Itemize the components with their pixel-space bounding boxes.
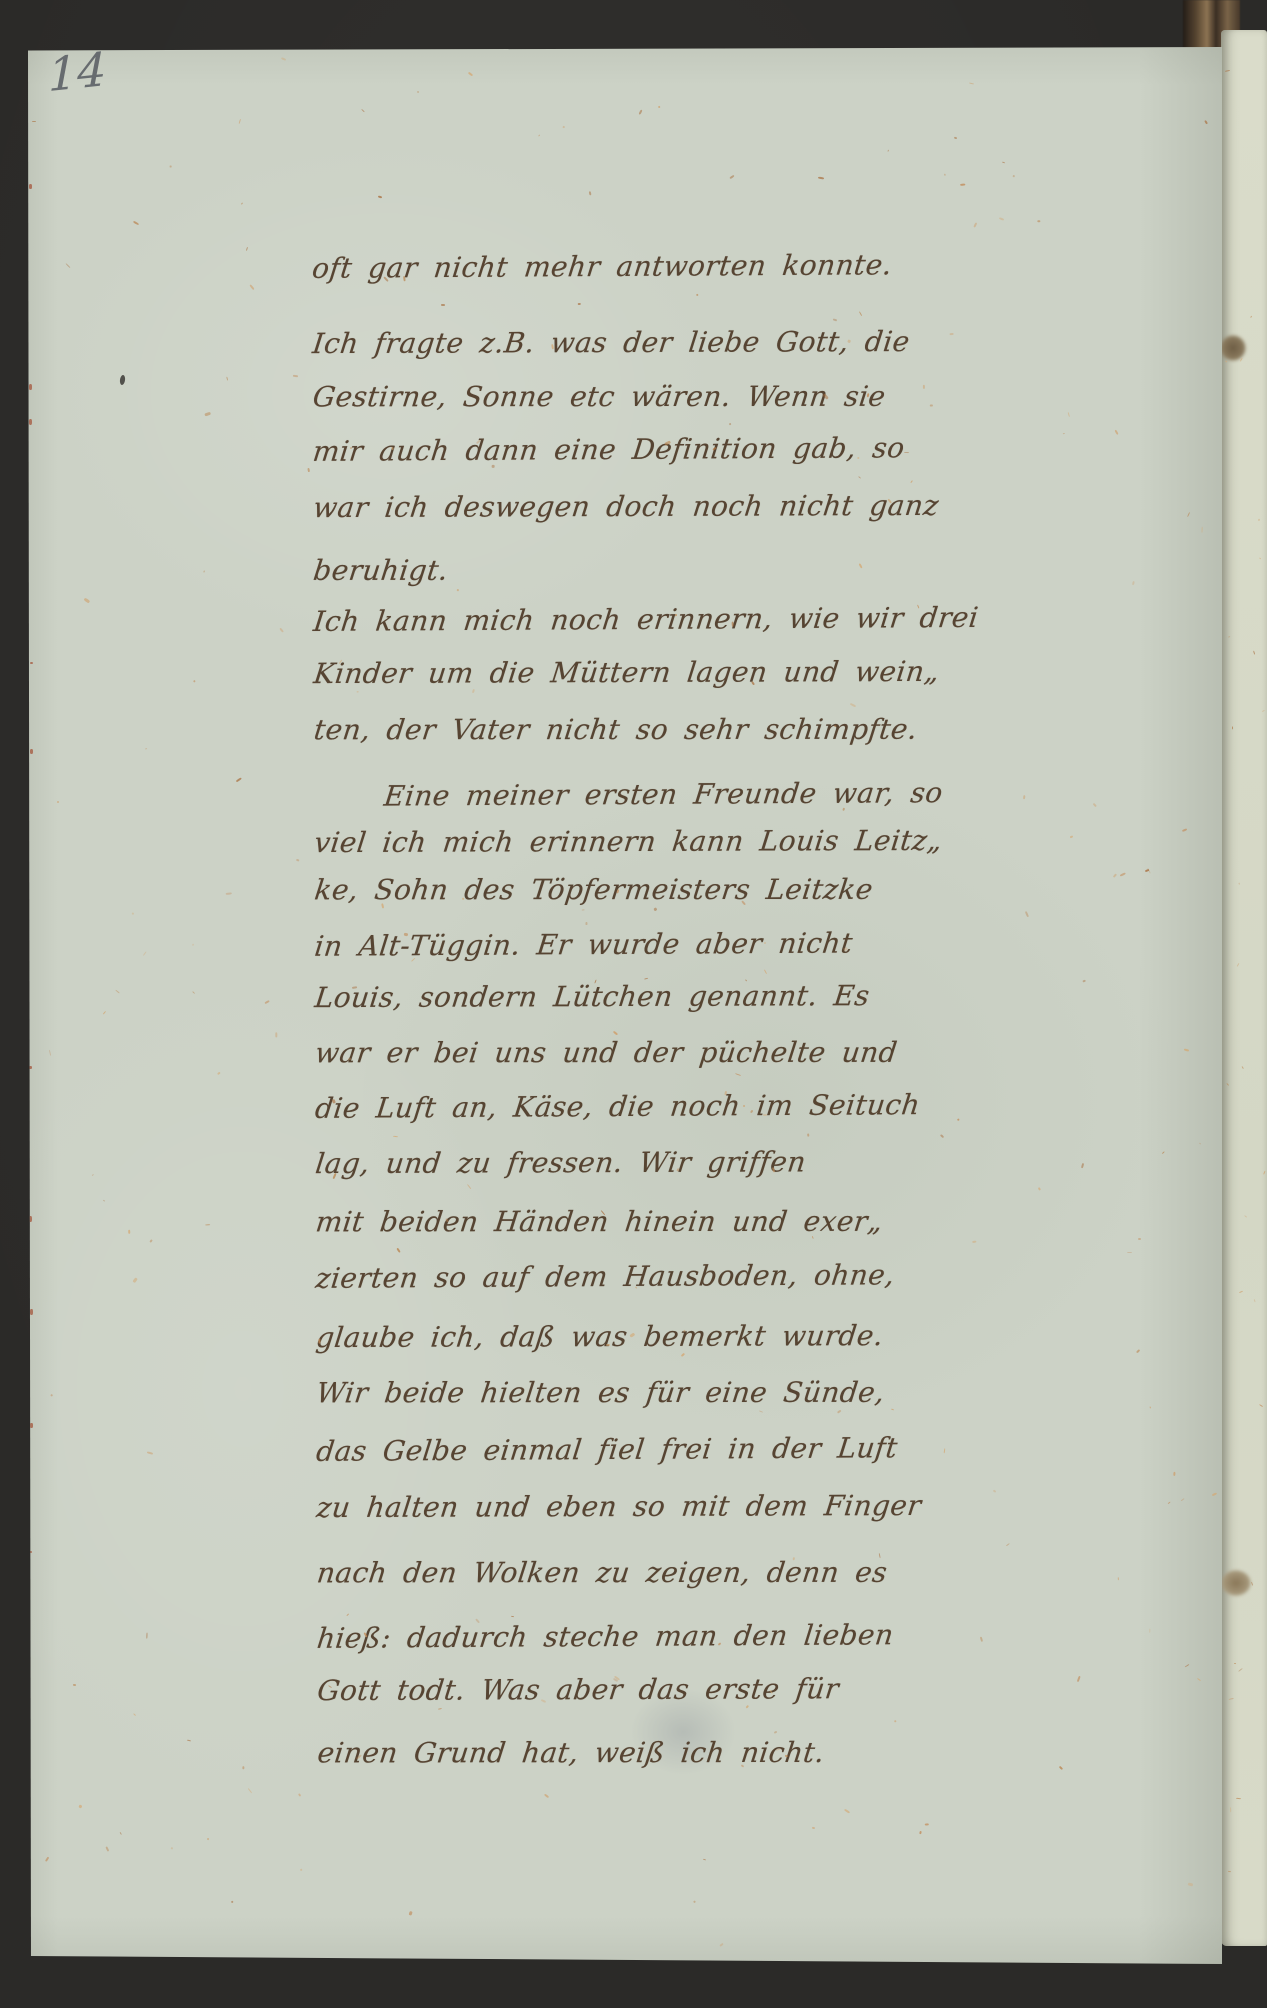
- paper-fiber-speck: [1236, 1798, 1241, 1800]
- paper-fiber-speck: [606, 1344, 610, 1346]
- paper-fiber-speck: [1225, 360, 1228, 363]
- paper-fiber-speck: [1199, 1142, 1201, 1144]
- paper-fiber-speck: [1228, 1871, 1231, 1873]
- manuscript-text: oft gar nicht mehr antworten konnte.Ich …: [25, 45, 1226, 1966]
- edge-rust-fleck: [30, 1423, 33, 1427]
- paper-fiber-speck: [1258, 519, 1260, 521]
- manuscript-line: Louis, sondern Lütchen genannt. Es: [313, 976, 872, 1018]
- paper-fiber-speck: [1263, 1170, 1266, 1174]
- paper-fiber-speck: [960, 184, 965, 186]
- paper-fiber-speck: [1237, 963, 1240, 967]
- paper-fiber-speck: [1239, 1291, 1243, 1294]
- manuscript-line: glaube ich, daß was bemerkt wurde.: [314, 1316, 886, 1358]
- manuscript-line: zierten so auf dem Hausboden, ohne,: [314, 1255, 897, 1299]
- paper-fiber-speck: [1225, 70, 1230, 72]
- paper-fiber-speck: [57, 801, 59, 803]
- paper-fiber-speck: [492, 465, 495, 468]
- manuscript-page: 14 oft gar nicht mehr antworten konnte.I…: [28, 47, 1222, 1964]
- paper-fiber-speck: [1229, 1807, 1231, 1812]
- manuscript-line: zu halten und eben so mit dem Finger: [314, 1486, 923, 1528]
- paper-fiber-speck: [1226, 1083, 1229, 1086]
- paper-fiber-speck: [1252, 650, 1254, 654]
- paper-fiber-speck: [1234, 1663, 1236, 1665]
- paper-fiber-speck: [1228, 635, 1230, 637]
- manuscript-line: mir auch dann eine Definition gab, so: [311, 428, 907, 472]
- manuscript-line: war er bei uns und der püchelte und: [313, 1033, 900, 1074]
- manuscript-line: das Gelbe einmal fiel frei in der Luft: [314, 1428, 900, 1472]
- scan-background: 14 oft gar nicht mehr antworten konnte.I…: [0, 0, 1267, 2008]
- manuscript-line: hieß: dadurch steche man den lieben: [315, 1615, 896, 1659]
- paper-fiber-speck: [1241, 1066, 1244, 1069]
- paper-fiber-speck: [923, 385, 925, 389]
- paper-fiber-speck: [1259, 1404, 1263, 1407]
- paper-fiber-speck: [207, 1838, 209, 1841]
- manuscript-line: Ich fragte z.B. was der liebe Gott, die: [310, 322, 912, 364]
- paper-fiber-speck: [332, 1099, 336, 1104]
- page-block-fore-edge: [1221, 30, 1267, 1946]
- paper-fiber-speck: [32, 121, 36, 122]
- manuscript-line: war ich deswegen doch noch nicht ganz: [311, 486, 941, 528]
- paper-fiber-speck: [275, 1033, 277, 1038]
- paper-fiber-speck: [348, 1058, 352, 1060]
- paper-fiber-speck: [930, 405, 933, 407]
- manuscript-line: beruhigt.: [311, 551, 450, 591]
- edge-rust-fleck: [29, 1216, 32, 1222]
- paper-damage-spot: [1221, 1570, 1251, 1596]
- manuscript-line: ten, der Vater nicht so sehr schimpfte.: [312, 710, 920, 751]
- paper-fiber-speck: [1201, 526, 1203, 532]
- paper-fiber-speck: [563, 126, 565, 128]
- paper-fiber-speck: [728, 423, 731, 426]
- manuscript-line: oft gar nicht mehr antworten konnte.: [310, 245, 894, 289]
- paper-fiber-speck: [1240, 358, 1243, 362]
- edge-rust-fleck: [30, 749, 33, 754]
- manuscript-line: nach den Wolken zu zeigen, denn es: [315, 1553, 890, 1594]
- manuscript-line: Eine meiner ersten Freunde war, so: [382, 773, 945, 816]
- manuscript-line: mit beiden Händen hinein und exer„: [313, 1202, 885, 1243]
- paper-fiber-speck: [957, 1119, 960, 1121]
- paper-fiber-speck: [308, 468, 310, 472]
- manuscript-line: viel ich mich erinnern kann Louis Leitz„: [312, 821, 945, 863]
- manuscript-line: Ich kann mich noch erinnern, wie wir dre…: [311, 598, 980, 642]
- paper-fiber-speck: [1232, 726, 1233, 729]
- manuscript-line: die Luft an, Käse, die noch im Seituch: [313, 1085, 922, 1129]
- manuscript-line: Gestirne, Sonne etc wären. Wenn sie: [311, 377, 888, 418]
- paper-fiber-speck: [578, 303, 581, 305]
- paper-fiber-speck: [635, 1286, 637, 1288]
- manuscript-line: in Alt-Tüggin. Er wurde aber nicht: [312, 923, 855, 966]
- manuscript-line: einen Grund hat, weiß ich nicht.: [315, 1733, 827, 1773]
- paper-fiber-speck: [1262, 709, 1265, 712]
- edge-rust-fleck: [29, 1066, 32, 1068]
- paper-fiber-speck: [296, 859, 299, 862]
- edge-rust-fleck: [29, 419, 32, 425]
- paper-fiber-speck: [1259, 557, 1262, 559]
- manuscript-line: Gott todt. Was aber das erste für: [315, 1669, 841, 1711]
- paper-fiber-speck: [1229, 1698, 1234, 1700]
- paper-fiber-speck: [834, 725, 836, 727]
- paper-fiber-speck: [807, 1133, 809, 1136]
- paper-fiber-speck: [764, 941, 766, 943]
- manuscript-line: lag, und zu fressen. Wir griffen: [313, 1142, 808, 1184]
- edge-rust-fleck: [29, 184, 32, 188]
- paper-fiber-speck: [1250, 316, 1252, 318]
- paper-fiber-speck: [1118, 1578, 1119, 1581]
- paper-fiber-speck: [1244, 1215, 1248, 1218]
- paper-fiber-speck: [972, 1240, 977, 1242]
- manuscript-line: ke, Sohn des Töpfermeisters Leitzke: [312, 870, 875, 911]
- paper-fiber-speck: [904, 452, 909, 454]
- manuscript-line: Kinder um die Müttern lagen und wein„: [311, 652, 941, 694]
- edge-rust-fleck: [29, 384, 32, 390]
- paper-fiber-speck: [1239, 883, 1241, 885]
- paper-fiber-speck: [1253, 1299, 1255, 1302]
- paper-fiber-speck: [1238, 1667, 1243, 1671]
- paper-fiber-speck: [170, 166, 172, 168]
- manuscript-line: Wir beide hielten es für eine Sünde,: [314, 1373, 887, 1414]
- paper-fiber-speck: [145, 748, 147, 750]
